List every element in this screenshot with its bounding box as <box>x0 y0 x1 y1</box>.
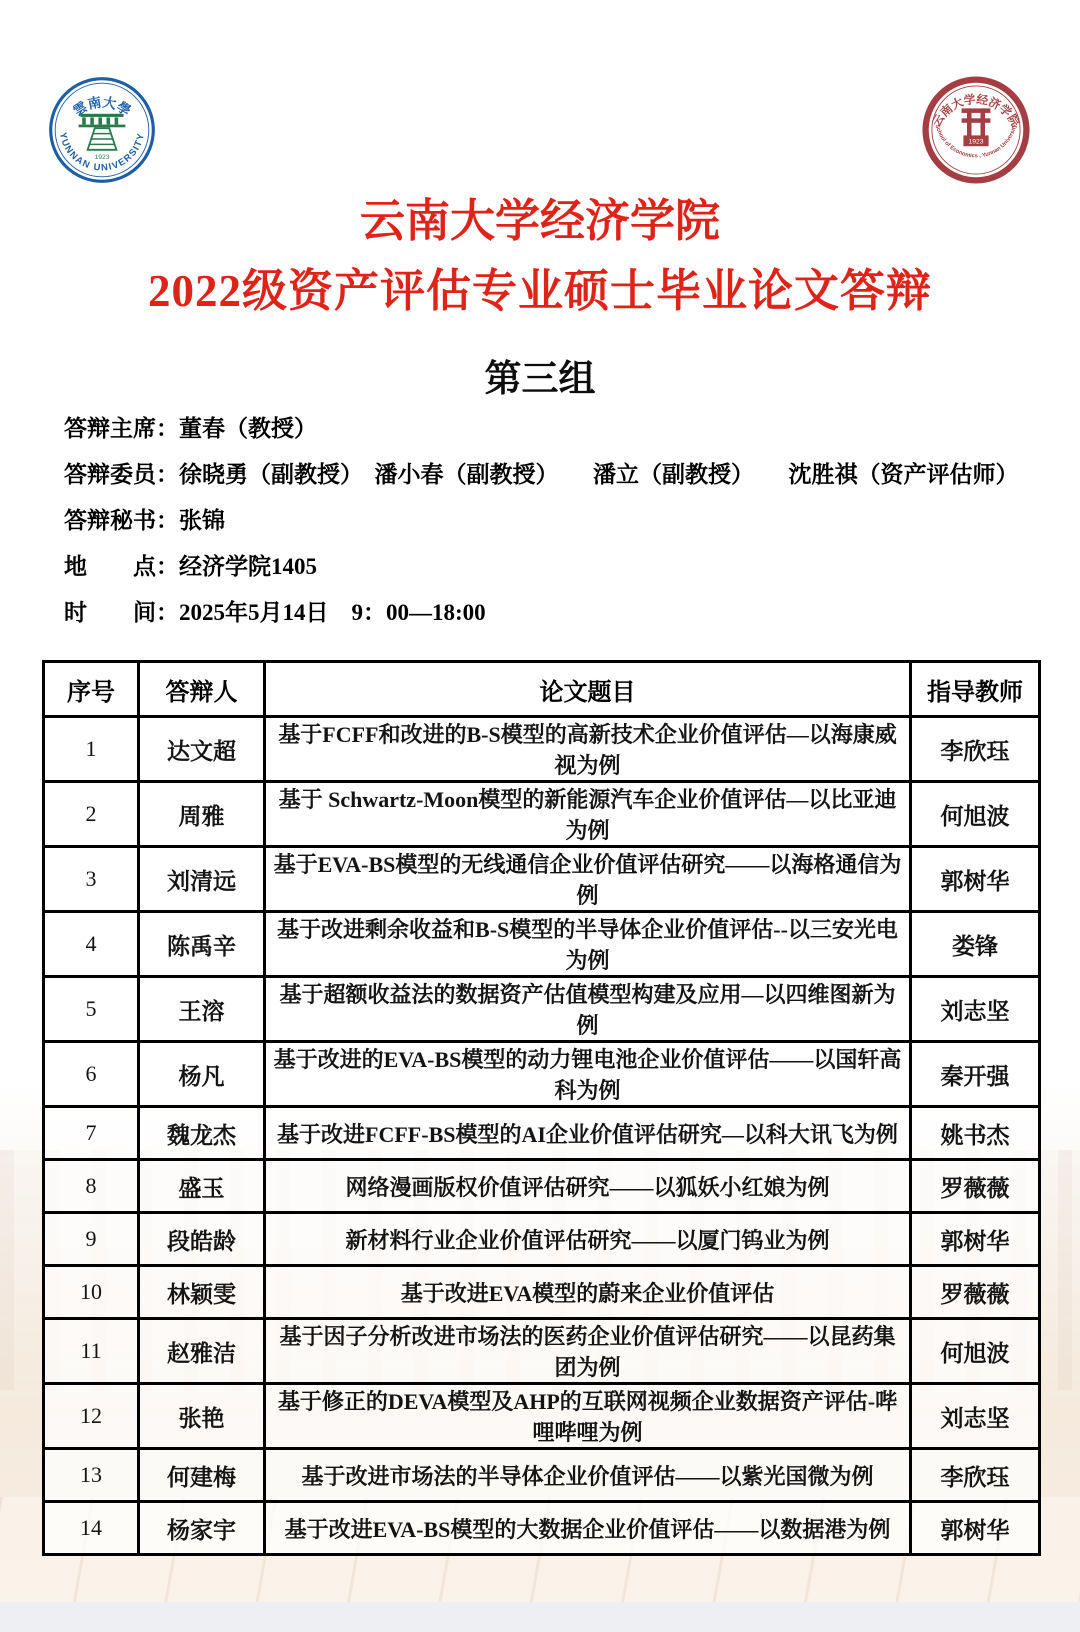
cell-defender: 段皓龄 <box>139 1213 265 1266</box>
cell-no: 10 <box>44 1266 139 1319</box>
group-title: 第三组 <box>0 348 1080 402</box>
cell-advisor: 郭树华 <box>911 1502 1040 1555</box>
info-value: 董春（教授） <box>179 416 317 441</box>
cell-thesis-title: 网络漫画版权价值评估研究——以狐妖小红娘为例 <box>265 1160 911 1213</box>
cell-thesis-title: 基于改进EVA模型的蔚来企业价值评估 <box>265 1266 911 1319</box>
table-row: 9 段皓龄 新材料行业企业价值评估研究——以厦门钨业为例 郭树华 <box>44 1213 1040 1266</box>
col-header-thesis-title: 论文题目 <box>265 662 911 717</box>
cell-defender: 达文超 <box>139 717 265 782</box>
cell-no: 4 <box>44 912 139 977</box>
defense-schedule-table: 序号 答辩人 论文题目 指导教师 1 达文超 基于FCFF和改进的B-S模型的高… <box>42 660 1041 1556</box>
cell-no: 13 <box>44 1449 139 1502</box>
cell-advisor: 何旭波 <box>911 782 1040 847</box>
cell-thesis-title: 基于改进FCFF-BS模型的AI企业价值评估研究—以科大讯飞为例 <box>265 1107 911 1160</box>
info-label: 答辩主席： <box>64 416 179 441</box>
info-line: 答辩主席：董春（教授） <box>64 406 1024 452</box>
cell-thesis-title: 基于超额收益法的数据资产估值模型构建及应用—以四维图新为例 <box>265 977 911 1042</box>
page-title-line1: 云南大学经济学院 <box>0 184 1080 249</box>
cell-advisor: 娄锋 <box>911 912 1040 977</box>
cell-no: 5 <box>44 977 139 1042</box>
info-value: 经济学院1405 <box>179 554 317 579</box>
cell-no: 6 <box>44 1042 139 1107</box>
col-header-no: 序号 <box>44 662 139 717</box>
cell-defender: 刘清远 <box>139 847 265 912</box>
info-value: 张锦 <box>179 508 225 533</box>
info-label: 时 间： <box>64 600 179 625</box>
cell-no: 11 <box>44 1319 139 1384</box>
cell-no: 2 <box>44 782 139 847</box>
cell-advisor: 李欣珏 <box>911 717 1040 782</box>
cell-thesis-title: 基于改进的EVA-BS模型的动力锂电池企业价值评估——以国轩高科为例 <box>265 1042 911 1107</box>
info-line: 答辩秘书：张锦 <box>64 498 1024 544</box>
cell-defender: 杨家宇 <box>139 1502 265 1555</box>
table-row: 12 张艳 基于修正的DEVA模型及AHP的互联网视频企业数据资产评估-哔哩哔哩… <box>44 1384 1040 1449</box>
cell-thesis-title: 新材料行业企业价值评估研究——以厦门钨业为例 <box>265 1213 911 1266</box>
seal-year: 1923 <box>968 139 983 146</box>
cell-thesis-title: 基于 Schwartz-Moon模型的新能源汽车企业价值评估—以比亚迪为例 <box>265 782 911 847</box>
cell-thesis-title: 基于FCFF和改进的B-S模型的高新技术企业价值评估—以海康威视为例 <box>265 717 911 782</box>
cell-advisor: 刘志坚 <box>911 977 1040 1042</box>
cell-defender: 何建梅 <box>139 1449 265 1502</box>
cell-defender: 王溶 <box>139 977 265 1042</box>
cell-no: 14 <box>44 1502 139 1555</box>
cell-no: 7 <box>44 1107 139 1160</box>
cell-defender: 盛玉 <box>139 1160 265 1213</box>
cell-thesis-title: 基于修正的DEVA模型及AHP的互联网视频企业数据资产评估-哔哩哔哩为例 <box>265 1384 911 1449</box>
cell-defender: 周雅 <box>139 782 265 847</box>
cell-advisor: 姚书杰 <box>911 1107 1040 1160</box>
info-line: 答辩委员：徐晓勇（副教授） 潘小春（副教授） 潘立（副教授） 沈胜祺（资产评估师… <box>64 452 1024 498</box>
cell-advisor: 秦开强 <box>911 1042 1040 1107</box>
cell-advisor: 罗薇薇 <box>911 1160 1040 1213</box>
cell-advisor: 郭树华 <box>911 847 1040 912</box>
cell-defender: 林颖雯 <box>139 1266 265 1319</box>
cell-defender: 赵雅洁 <box>139 1319 265 1384</box>
cell-no: 9 <box>44 1213 139 1266</box>
info-label: 地 点： <box>64 554 179 579</box>
school-of-economics-seal: 云南大学经济学院 School of Economics , Yunnan Un… <box>922 76 1030 184</box>
cell-advisor: 何旭波 <box>911 1319 1040 1384</box>
page-title-line2: 2022级资产评估专业硕士毕业论文答辩 <box>0 254 1080 319</box>
table-header-row: 序号 答辩人 论文题目 指导教师 <box>44 662 1040 717</box>
cell-no: 8 <box>44 1160 139 1213</box>
table-row: 13 何建梅 基于改进市场法的半导体企业价值评估——以紫光国微为例 李欣珏 <box>44 1449 1040 1502</box>
cell-advisor: 刘志坚 <box>911 1384 1040 1449</box>
logo-left-year: 1923 <box>94 154 109 161</box>
page-bottom-strip <box>0 1602 1080 1632</box>
cell-advisor: 罗薇薇 <box>911 1266 1040 1319</box>
info-line: 地 点：经济学院1405 <box>64 544 1024 590</box>
info-value: 2025年5月14日 9：00—18:00 <box>179 600 486 625</box>
table-row: 4 陈禹辛 基于改进剩余收益和B-S模型的半导体企业价值评估--以三安光电为例 … <box>44 912 1040 977</box>
defense-info-block: 答辩主席：董春（教授） 答辩委员：徐晓勇（副教授） 潘小春（副教授） 潘立（副教… <box>64 406 1024 636</box>
yunnan-university-logo: 雲南大學 YUNNAN UNIVERSITY 1923 <box>48 76 156 184</box>
info-label: 答辩秘书： <box>64 508 179 533</box>
cell-thesis-title: 基于改进剩余收益和B-S模型的半导体企业价值评估--以三安光电为例 <box>265 912 911 977</box>
table-row: 7 魏龙杰 基于改进FCFF-BS模型的AI企业价值评估研究—以科大讯飞为例 姚… <box>44 1107 1040 1160</box>
table-row: 8 盛玉 网络漫画版权价值评估研究——以狐妖小红娘为例 罗薇薇 <box>44 1160 1040 1213</box>
cell-advisor: 李欣珏 <box>911 1449 1040 1502</box>
col-header-advisor: 指导教师 <box>911 662 1040 717</box>
table-row: 5 王溶 基于超额收益法的数据资产估值模型构建及应用—以四维图新为例 刘志坚 <box>44 977 1040 1042</box>
table-row: 3 刘清远 基于EVA-BS模型的无线通信企业价值评估研究——以海格通信为例 郭… <box>44 847 1040 912</box>
defense-notice-page: 雲南大學 YUNNAN UNIVERSITY 1923 云南大学经济学院 <box>0 0 1080 1632</box>
cell-defender: 魏龙杰 <box>139 1107 265 1160</box>
cell-thesis-title: 基于改进市场法的半导体企业价值评估——以紫光国微为例 <box>265 1449 911 1502</box>
cell-defender: 陈禹辛 <box>139 912 265 977</box>
col-header-defender: 答辩人 <box>139 662 265 717</box>
info-label: 答辩委员： <box>64 462 179 487</box>
cell-thesis-title: 基于EVA-BS模型的无线通信企业价值评估研究——以海格通信为例 <box>265 847 911 912</box>
cell-defender: 杨凡 <box>139 1042 265 1107</box>
table-row: 11 赵雅洁 基于因子分析改进市场法的医药企业价值评估研究——以昆药集团为例 何… <box>44 1319 1040 1384</box>
cell-no: 3 <box>44 847 139 912</box>
info-line: 时 间：2025年5月14日 9：00—18:00 <box>64 590 1024 636</box>
table-row: 10 林颖雯 基于改进EVA模型的蔚来企业价值评估 罗薇薇 <box>44 1266 1040 1319</box>
cell-advisor: 郭树华 <box>911 1213 1040 1266</box>
table-row: 6 杨凡 基于改进的EVA-BS模型的动力锂电池企业价值评估——以国轩高科为例 … <box>44 1042 1040 1107</box>
table-row: 1 达文超 基于FCFF和改进的B-S模型的高新技术企业价值评估—以海康威视为例… <box>44 717 1040 782</box>
cell-thesis-title: 基于因子分析改进市场法的医药企业价值评估研究——以昆药集团为例 <box>265 1319 911 1384</box>
cell-defender: 张艳 <box>139 1384 265 1449</box>
cell-no: 12 <box>44 1384 139 1449</box>
info-value: 徐晓勇（副教授） 潘小春（副教授） 潘立（副教授） 沈胜祺（资产评估师） <box>179 462 1019 487</box>
table-row: 14 杨家宇 基于改进EVA-BS模型的大数据企业价值评估——以数据港为例 郭树… <box>44 1502 1040 1555</box>
cell-no: 1 <box>44 717 139 782</box>
table-row: 2 周雅 基于 Schwartz-Moon模型的新能源汽车企业价值评估—以比亚迪… <box>44 782 1040 847</box>
defense-schedule-table-wrap: 序号 答辩人 论文题目 指导教师 1 达文超 基于FCFF和改进的B-S模型的高… <box>42 660 1038 1556</box>
cell-thesis-title: 基于改进EVA-BS模型的大数据企业价值评估——以数据港为例 <box>265 1502 911 1555</box>
